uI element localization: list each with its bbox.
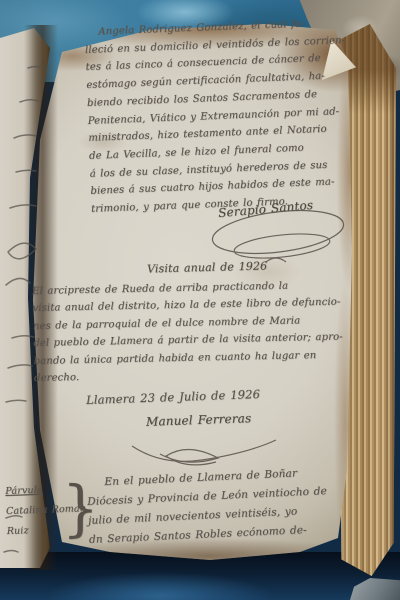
death-entry-paragraph: Angela Rodriguez Gonzalez, el cual fa- l… [84, 14, 353, 219]
manuscript-text-layer: Angela Rodriguez Gonzalez, el cual fa- l… [0, 0, 400, 600]
visita-heading: Visita anual de 1926 [147, 259, 268, 275]
burial-entry-paragraph: En el pueblo de Llamera de Boñar Diócesi… [86, 462, 361, 550]
margin-brace: } [62, 472, 99, 543]
signature-rubric [120, 424, 290, 466]
visita-dateline: Llamera 23 de Julio de 1926 [86, 387, 260, 407]
photo-of-parish-register: Angela Rodriguez Gonzalez, el cual fa- l… [0, 0, 400, 600]
visita-paragraph: El arcipreste de Rueda de arriba practic… [32, 276, 360, 387]
